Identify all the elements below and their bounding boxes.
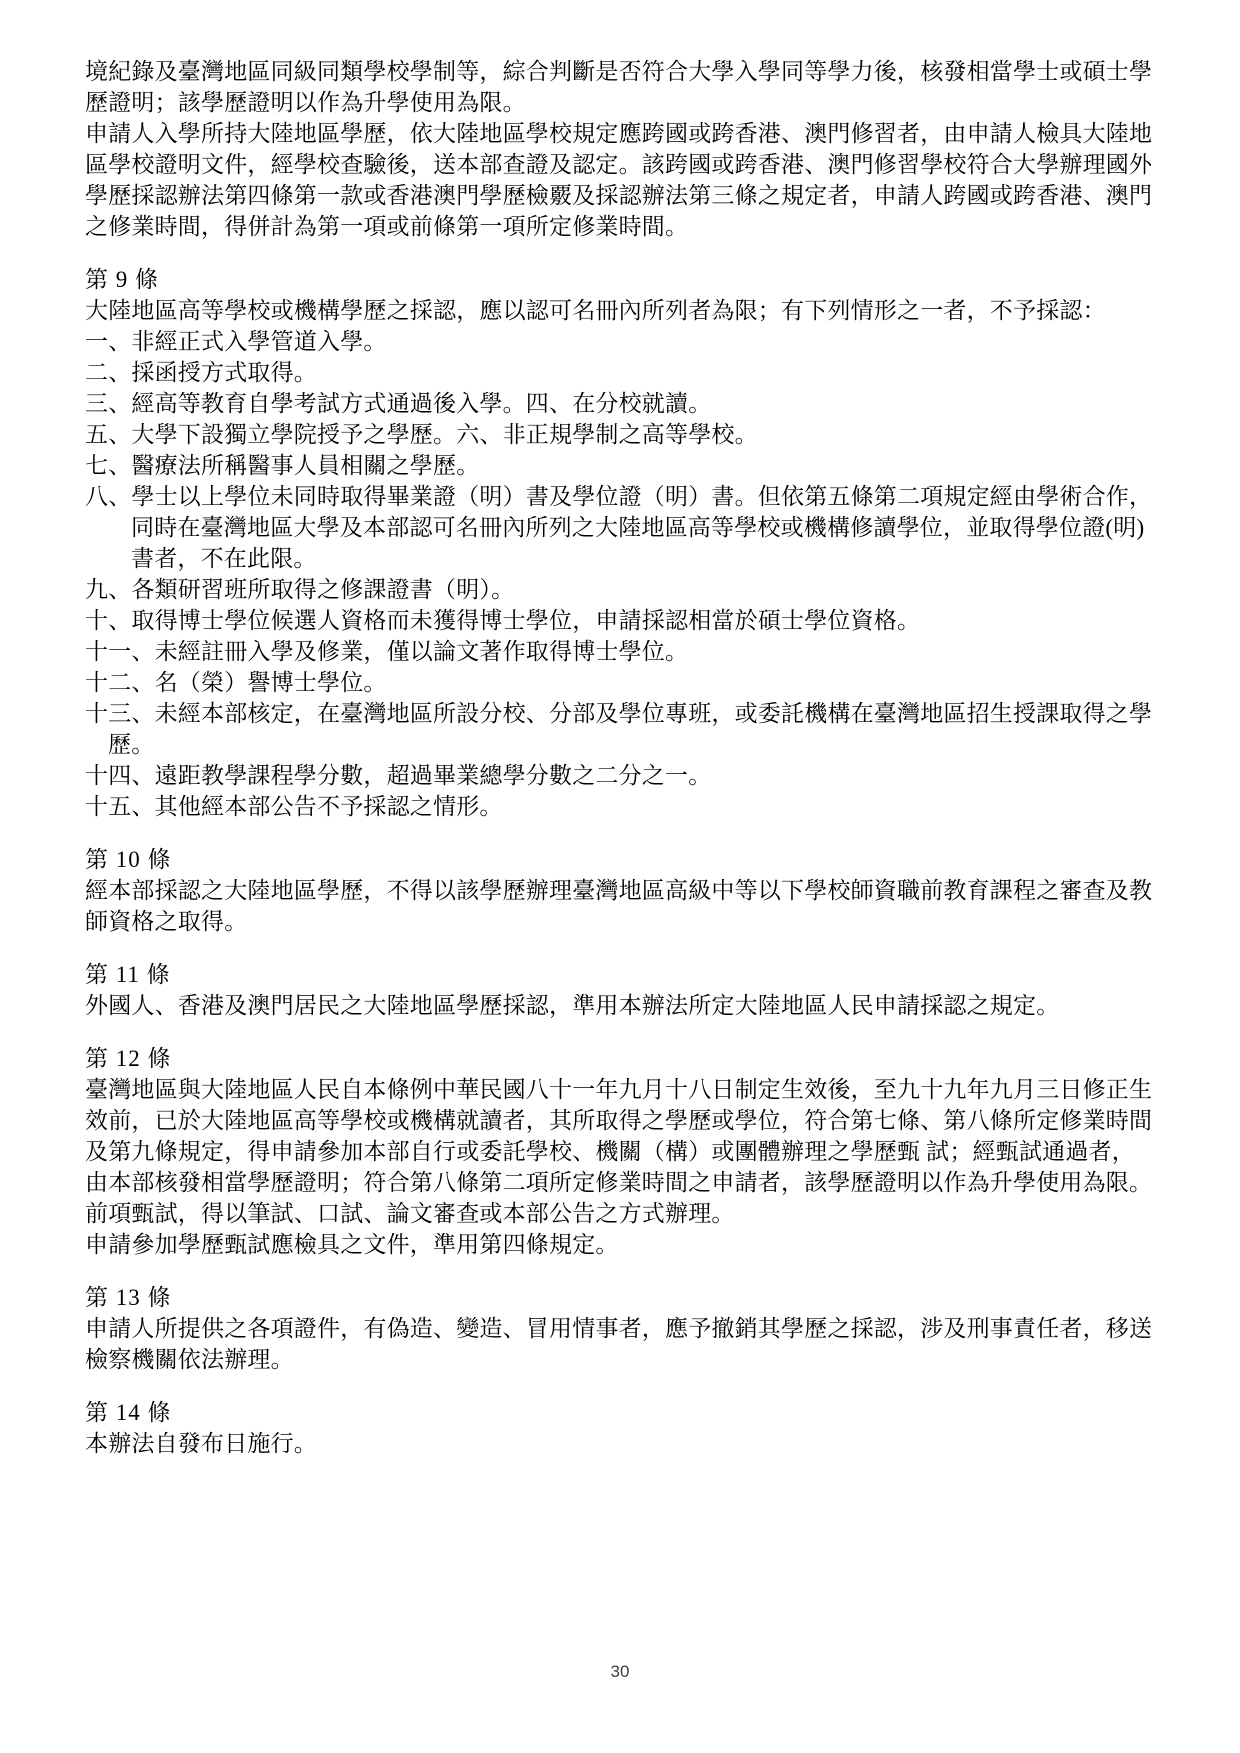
article-block: 第 11 條外國人、香港及澳門居民之大陸地區學歷採認，準用本辦法所定大陸地區人民… <box>85 959 1175 1021</box>
text-line: 五、大學下設獨立學院授予之學歷。六、非正規學制之高等學校。 <box>85 419 1175 450</box>
text-line: 經本部採認之大陸地區學歷，不得以該學歷辦理臺灣地區高級中等以下學校師資職前教育課… <box>85 875 1175 906</box>
text-line: 申請人所提供之各項證件，有偽造、變造、冒用情事者，應予撤銷其學歷之採認，涉及刑事… <box>85 1313 1175 1344</box>
article-heading: 第 10 條 <box>85 844 1175 875</box>
text-line: 歷。 <box>85 729 1175 760</box>
article-heading: 第 12 條 <box>85 1043 1175 1074</box>
text-line: 九、各類研習班所取得之修課證書（明）。 <box>85 574 1175 605</box>
text-line: 效前，已於大陸地區高等學校或機構就讀者，其所取得之學歷或學位，符合第七條、第八條… <box>85 1105 1175 1136</box>
text-line: 檢察機關依法辦理。 <box>85 1344 1175 1375</box>
text-line: 前項甄試，得以筆試、口試、論文審查或本部公告之方式辦理。 <box>85 1198 1175 1229</box>
text-line: 十、取得博士學位候選人資格而未獲得博士學位，申請採認相當於碩士學位資格。 <box>85 605 1175 636</box>
paragraph-block: 申請人入學所持大陸地區學歷，依大陸地區學校規定應跨國或跨香港、澳門修習者，由申請… <box>85 118 1175 242</box>
text-line: 歷證明；該學歷證明以作為升學使用為限。 <box>85 87 1175 118</box>
article-heading: 第 13 條 <box>85 1282 1175 1313</box>
document-page: 境紀錄及臺灣地區同級同類學校學制等，綜合判斷是否符合大學入學同等學力後，核發相當… <box>0 0 1240 1753</box>
text-line: 境紀錄及臺灣地區同級同類學校學制等，綜合判斷是否符合大學入學同等學力後，核發相當… <box>85 56 1175 87</box>
text-line: 二、採函授方式取得。 <box>85 357 1175 388</box>
article-heading: 第 14 條 <box>85 1397 1175 1428</box>
text-line: 本辦法自發布日施行。 <box>85 1428 1175 1459</box>
text-line: 外國人、香港及澳門居民之大陸地區學歷採認，準用本辦法所定大陸地區人民申請採認之規… <box>85 990 1175 1021</box>
article-block: 第 13 條申請人所提供之各項證件，有偽造、變造、冒用情事者，應予撤銷其學歷之採… <box>85 1282 1175 1375</box>
text-line: 三、經高等教育自學考試方式通過後入學。四、在分校就讀。 <box>85 388 1175 419</box>
text-line: 由本部核發相當學歷證明；符合第八條第二項所定修業時間之申請者，該學歷證明以作為升… <box>85 1167 1175 1198</box>
text-line: 同時在臺灣地區大學及本部認可名冊內所列之大陸地區高等學校或機構修讀學位，並取得學… <box>85 512 1175 543</box>
article-block: 第 14 條本辦法自發布日施行。 <box>85 1397 1175 1459</box>
text-line: 申請人入學所持大陸地區學歷，依大陸地區學校規定應跨國或跨香港、澳門修習者，由申請… <box>85 118 1175 149</box>
text-line: 十三、未經本部核定，在臺灣地區所設分校、分部及學位專班，或委託機構在臺灣地區招生… <box>85 698 1175 729</box>
text-line: 十四、遠距教學課程學分數，超過畢業總學分數之二分之一。 <box>85 760 1175 791</box>
text-line: 十五、其他經本部公告不予採認之情形。 <box>85 791 1175 822</box>
article-heading: 第 11 條 <box>85 959 1175 990</box>
article-block: 第 10 條經本部採認之大陸地區學歷，不得以該學歷辦理臺灣地區高級中等以下學校師… <box>85 844 1175 937</box>
text-line: 之修業時間，得併計為第一項或前條第一項所定修業時間。 <box>85 211 1175 242</box>
paragraph-block: 境紀錄及臺灣地區同級同類學校學制等，綜合判斷是否符合大學入學同等學力後，核發相當… <box>85 56 1175 118</box>
text-line: 十二、名（榮）譽博士學位。 <box>85 667 1175 698</box>
text-line: 十一、未經註冊入學及修業，僅以論文著作取得博士學位。 <box>85 636 1175 667</box>
text-line: 八、學士以上學位未同時取得畢業證（明）書及學位證（明）書。但依第五條第二項規定經… <box>85 481 1175 512</box>
text-line: 書者，不在此限。 <box>85 543 1175 574</box>
text-line: 師資格之取得。 <box>85 906 1175 937</box>
text-line: 一、非經正式入學管道入學。 <box>85 326 1175 357</box>
document-text-column: 境紀錄及臺灣地區同級同類學校學制等，綜合判斷是否符合大學入學同等學力後，核發相當… <box>85 56 1175 1459</box>
text-line: 臺灣地區與大陸地區人民自本條例中華民國八十一年九月十八日制定生效後，至九十九年九… <box>85 1074 1175 1105</box>
text-line: 七、醫療法所稱醫事人員相關之學歷。 <box>85 450 1175 481</box>
article-block: 第 12 條臺灣地區與大陸地區人民自本條例中華民國八十一年九月十八日制定生效後，… <box>85 1043 1175 1260</box>
text-line: 大陸地區高等學校或機構學歷之採認，應以認可名冊內所列者為限；有下列情形之一者，不… <box>85 295 1175 326</box>
text-line: 區學校證明文件，經學校查驗後，送本部查證及認定。該跨國或跨香港、澳門修習學校符合… <box>85 149 1175 180</box>
text-line: 及第九條規定，得申請參加本部自行或委託學校、機關（構）或團體辦理之學歷甄 試；經… <box>85 1136 1175 1167</box>
text-line: 學歷採認辦法第四條第一款或香港澳門學歷檢覈及採認辦法第三條之規定者，申請人跨國或… <box>85 180 1175 211</box>
article-block: 第 9 條大陸地區高等學校或機構學歷之採認，應以認可名冊內所列者為限；有下列情形… <box>85 264 1175 822</box>
page-number: 30 <box>0 1662 1240 1682</box>
text-line: 申請參加學歷甄試應檢具之文件，準用第四條規定。 <box>85 1229 1175 1260</box>
article-heading: 第 9 條 <box>85 264 1175 295</box>
